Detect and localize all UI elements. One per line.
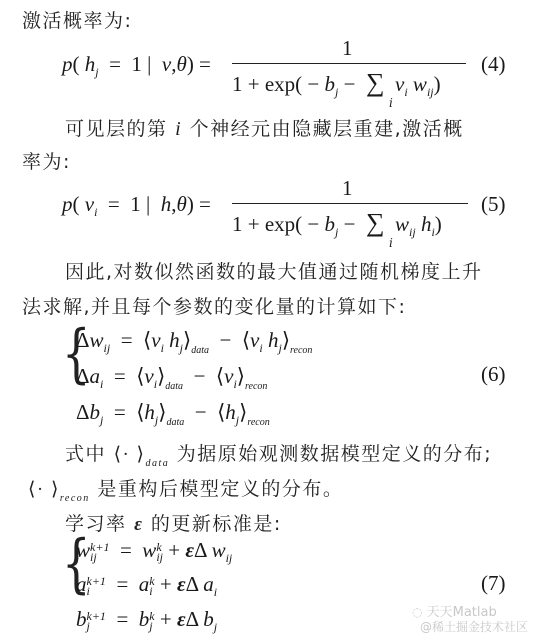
paragraph-recon-definition: ⟨· ⟩recon 是重构后模型定义的分布。 bbox=[28, 474, 343, 504]
eq7-row-1: wk+1ij = wkij + εΔ wij bbox=[76, 538, 232, 566]
eq6-label: (6) bbox=[481, 362, 506, 387]
eq4-label: (4) bbox=[481, 52, 506, 77]
paragraph-rate-is: 率为: bbox=[22, 147, 71, 174]
eq4-fraction-bar bbox=[232, 63, 466, 64]
eq5-label: (5) bbox=[481, 192, 506, 217]
p2-text-pre: 可见层的第 bbox=[65, 118, 168, 140]
p7-subscript-recon: recon bbox=[60, 493, 90, 504]
p7-bracket-symbol: ⟨· ⟩ bbox=[28, 479, 60, 500]
p2-text-post: 个神经元由隐藏层重建,激活概 bbox=[190, 118, 464, 140]
eq7-row-2: ak+1i = aki + εΔ ai bbox=[76, 572, 217, 600]
p6-text-pre: 式中 bbox=[65, 443, 106, 465]
paragraph-activation-probability: 激活概率为: bbox=[22, 6, 132, 33]
paragraph-solve-method: 法求解,并且每个参数的变化量的计算如下: bbox=[22, 292, 406, 319]
p6-bracket-symbol: ⟨· ⟩ bbox=[114, 444, 146, 465]
eq4-denominator: 1 + exp( − bj − ∑ vi wij) bbox=[232, 68, 441, 100]
eq7-row-3: bk+1j = bkj + εΔ bj bbox=[76, 607, 217, 635]
eq5-fraction-bar bbox=[232, 203, 468, 204]
paragraph-where: 式中 ⟨· ⟩data 为据原始观测数据模型定义的分布; bbox=[65, 439, 492, 469]
p6-subscript-data: data bbox=[145, 458, 169, 469]
eq5-sum-index: i bbox=[389, 236, 393, 250]
eq5-lhs: p( vi = 1 | h,θ) = bbox=[62, 192, 211, 220]
eq6-row-1: Δwij = ⟨vi hj⟩data − ⟨vi hj⟩recon bbox=[76, 328, 312, 356]
eq6-row-2: Δai = ⟨vi⟩data − ⟨vi⟩recon bbox=[76, 364, 267, 392]
eq4-lhs: p( hj = 1 | v,θ) = bbox=[62, 52, 211, 80]
p6-text-post: 为据原始观测数据模型定义的分布; bbox=[177, 443, 492, 465]
paragraph-learning-rate: 学习率 ε 的更新标准是: bbox=[65, 509, 282, 536]
p7-text-post: 是重构后模型定义的分布。 bbox=[97, 478, 343, 500]
eq7-label: (7) bbox=[481, 571, 506, 596]
wechat-icon: ◌ bbox=[412, 605, 422, 619]
eq4-sum-index: i bbox=[389, 96, 393, 110]
p8-epsilon: ε bbox=[134, 514, 143, 535]
paragraph-visible-layer: 可见层的第 i 个神经元由隐藏层重建,激活概 bbox=[65, 114, 464, 141]
paragraph-therefore: 因此,对数似然函数的最大值通过随机梯度上升 bbox=[65, 257, 483, 284]
eq6-row-3: Δbj = ⟨hj⟩data − ⟨hj⟩recon bbox=[76, 400, 270, 428]
eq5-numerator: 1 bbox=[342, 176, 353, 201]
p2-variable-i: i bbox=[175, 118, 182, 140]
eq5-denominator: 1 + exp( − bj − ∑ wij hi) bbox=[232, 208, 442, 240]
p8-text-post: 的更新标准是: bbox=[151, 513, 282, 535]
eq4-numerator: 1 bbox=[342, 36, 353, 61]
watermark-line-2: @稀土掘金技术社区 bbox=[420, 618, 528, 635]
